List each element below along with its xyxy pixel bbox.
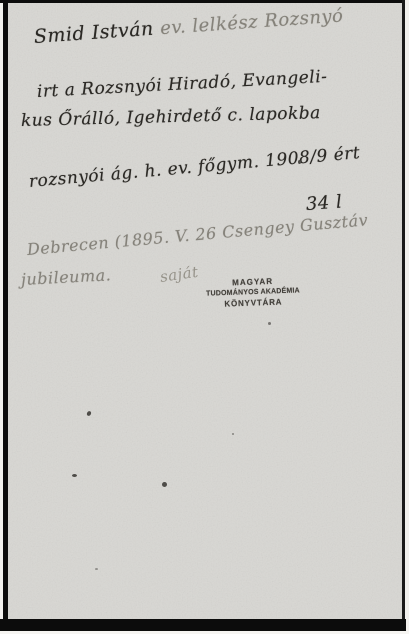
paper-speck bbox=[95, 568, 98, 570]
scan-border-left bbox=[3, 0, 8, 631]
paper-speck bbox=[232, 433, 234, 435]
paper-speck bbox=[72, 474, 77, 477]
scanned-page: Smid István ev. lelkész Rozsnyó irt a Ro… bbox=[0, 0, 409, 634]
scan-margin-right bbox=[405, 0, 409, 634]
handwritten-page-count: 34 l bbox=[305, 191, 343, 214]
scan-border-top bbox=[0, 0, 409, 3]
paper-speck bbox=[298, 160, 301, 164]
paper-speck bbox=[268, 322, 271, 325]
scan-border-bottom bbox=[0, 619, 406, 631]
paper-speck bbox=[162, 482, 167, 487]
library-stamp: MAGYAR TUDOMÁNYOS AKADÉMIA KÖNYVTÁRA bbox=[202, 276, 303, 311]
